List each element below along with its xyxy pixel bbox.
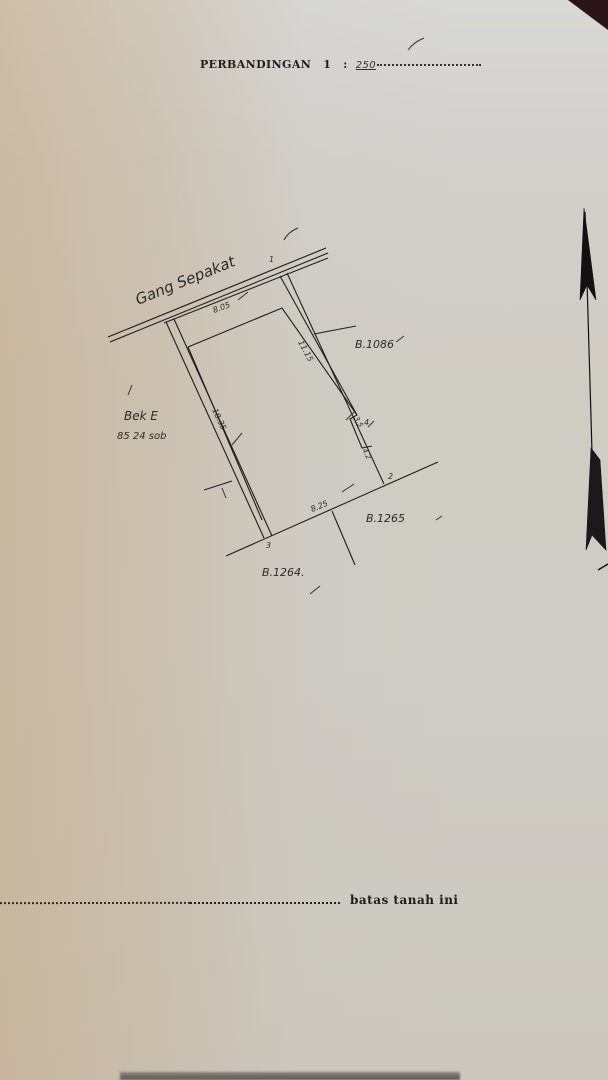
- paper-bottom-shadow: [120, 1072, 460, 1080]
- check-mark-icon: [408, 38, 424, 50]
- neighbor-b1264: B.1264.: [262, 566, 305, 579]
- parcel-outer: [166, 273, 384, 538]
- neighbor-bek-e-sub: 85 24 sob: [117, 431, 166, 442]
- corner-mark-2: 2: [388, 472, 393, 481]
- neighbor-b1265: B.1265: [366, 512, 405, 525]
- step-segment-2-label: 4.2: [360, 447, 373, 461]
- legend-solid-line: [0, 902, 190, 904]
- corner-mark-1: 1: [269, 255, 274, 264]
- legend-dotted-line: [190, 902, 340, 904]
- step-segment-1-label: 3.5: [352, 415, 365, 429]
- boundary-legend: batas tanah ini: [0, 890, 480, 910]
- check-marks: [128, 292, 442, 594]
- legend-label: batas tanah ini: [350, 893, 458, 907]
- corner-mark-3: 3: [266, 541, 271, 550]
- north-arrow-icon: [580, 208, 608, 570]
- neighbor-bek-e: Bek E: [124, 409, 158, 423]
- left-length-label: 18.35: [210, 407, 228, 432]
- corner-mark-4: 4: [364, 418, 369, 427]
- neighbor-b1086: B.1086: [355, 338, 394, 351]
- land-plan-drawing: Gang Sepakat 8.05 8.25 18.35 11.15 3.5 4…: [0, 0, 608, 1080]
